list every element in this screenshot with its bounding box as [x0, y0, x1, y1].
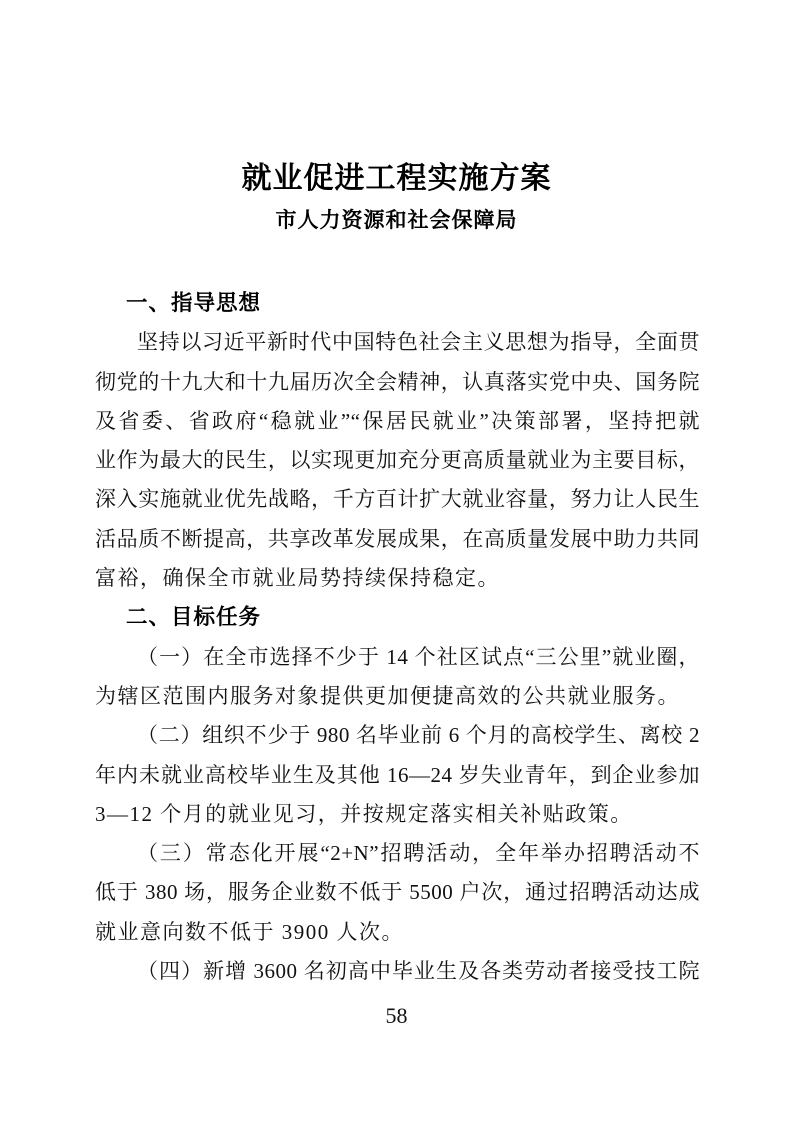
paragraph-line: 及省委、省政府“稳就业”“保居民就业”决策部署，坚持把就 [95, 402, 700, 441]
page-number: 58 [0, 1002, 793, 1030]
paragraph-line: 深入实施就业优先战略，千方百计扩大就业容量，努力让人民生 [95, 480, 700, 519]
paragraph-line: 3—12 个月的就业见习，并按规定落实相关补贴政策。 [95, 795, 700, 834]
document-subtitle: 市人力资源和社会保障局 [0, 205, 793, 235]
paragraph-line: （二）组织不少于 980 名毕业前 6 个月的高校学生、离校 2 [95, 716, 700, 755]
paragraph-line: （四）新增 3600 名初高中毕业生及各类劳动者接受技工院 [95, 952, 700, 991]
paragraph-line: 年内未就业高校毕业生及其他 16—24 岁失业青年，到企业参加 [95, 756, 700, 795]
section-heading: 一、指导思想 [95, 284, 700, 323]
paragraph-line: 就业意向数不低于 3900 人次。 [95, 913, 700, 952]
document-title: 就业促进工程实施方案 [0, 160, 793, 198]
section-heading: 二、目标任务 [95, 598, 700, 637]
document-page: 就业促进工程实施方案 市人力资源和社会保障局 一、指导思想 坚持以习近平新时代中… [0, 0, 793, 1122]
paragraph-line: 彻党的十九大和十九届历次全会精神，认真落实党中央、国务院 [95, 363, 700, 402]
paragraph-line: 低于 380 场，服务企业数不低于 5500 户次，通过招聘活动达成 [95, 873, 700, 912]
paragraph-line: （一）在全市选择不少于 14 个社区试点“三公里”就业圈， [95, 638, 700, 677]
paragraph-line: 活品质不断提高，共享改革发展成果，在高质量发展中助力共同 [95, 520, 700, 559]
paragraph-line: 业作为最大的民生，以实现更加充分更高质量就业为主要目标， [95, 441, 700, 480]
document-body: 一、指导思想 坚持以习近平新时代中国特色社会主义思想为指导，全面贯 彻党的十九大… [95, 284, 700, 991]
paragraph-line: （三）常态化开展“2+N”招聘活动，全年举办招聘活动不 [95, 834, 700, 873]
paragraph-line: 富裕，确保全市就业局势持续保持稳定。 [95, 559, 700, 598]
paragraph-line: 为辖区范围内服务对象提供更加便捷高效的公共就业服务。 [95, 677, 700, 716]
paragraph-line: 坚持以习近平新时代中国特色社会主义思想为指导，全面贯 [95, 323, 700, 362]
